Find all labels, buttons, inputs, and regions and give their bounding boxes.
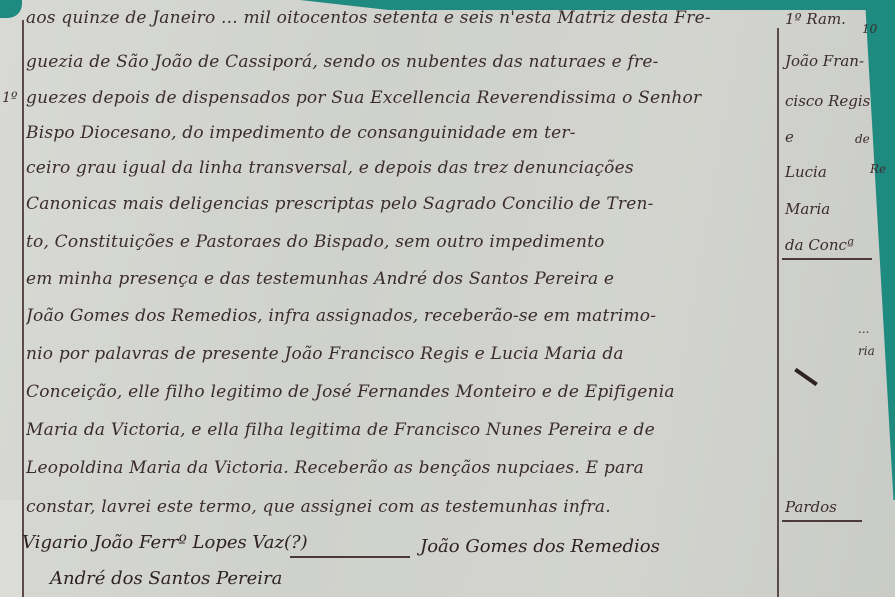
text-line: aos quinze de Janeiro ... mil oitocentos… <box>26 8 774 28</box>
text-line: ceiro grau igual da linha transversal, e… <box>26 158 774 178</box>
signature-witness-1: João Gomes dos Remedios <box>420 536 660 557</box>
text-line: guezes depois de dispensados por Sua Exc… <box>26 88 774 108</box>
margin-line: cisco Regis <box>785 92 885 110</box>
text-line: Bispo Diocesano, do impedimento de consa… <box>26 123 774 143</box>
margin-line: Maria <box>785 200 885 218</box>
text-line: to, Constituições e Pastoraes do Bispado… <box>26 232 774 252</box>
signature-vicar: Vigario João Ferrº Lopes Vaz(?) <box>22 532 308 553</box>
margin-divider <box>782 258 872 260</box>
margin-column-rule <box>777 28 779 597</box>
margin-fragment: ria <box>858 342 895 360</box>
text-line: nio por palavras de presente João Franci… <box>26 344 774 364</box>
text-line: João Gomes dos Remedios, infra assignado… <box>26 306 774 326</box>
margin-fragment: Re <box>870 160 895 178</box>
margin-line: da Concª <box>785 236 885 254</box>
side-note: 1º <box>2 90 18 106</box>
margin-divider <box>782 520 862 522</box>
left-margin-rule <box>22 20 24 597</box>
text-line: guezia de São João de Cassiporá, sendo o… <box>26 52 774 72</box>
margin-line: João Fran- <box>785 52 885 70</box>
margin-fragment: 10 <box>862 20 895 38</box>
margin-fragment: ... <box>858 320 895 338</box>
text-line: constar, lavrei este termo, que assignei… <box>26 497 774 517</box>
signature-witness-2: André dos Santos Pereira <box>50 568 282 589</box>
text-line: Canonicas mais deligencias prescriptas p… <box>26 194 774 214</box>
text-line: em minha presença e das testemunhas Andr… <box>26 269 774 289</box>
text-line: Leopoldina Maria da Victoria. Receberão … <box>26 458 774 478</box>
text-line: Maria da Victoria, e ella filha legitima… <box>26 420 774 440</box>
signature-underline <box>290 556 410 558</box>
margin-fragment: de <box>855 130 895 148</box>
paper-fold <box>0 500 23 597</box>
text-line: Conceição, elle filho legitimo de José F… <box>26 382 774 402</box>
margin-bottom-note: Pardos <box>785 498 885 516</box>
